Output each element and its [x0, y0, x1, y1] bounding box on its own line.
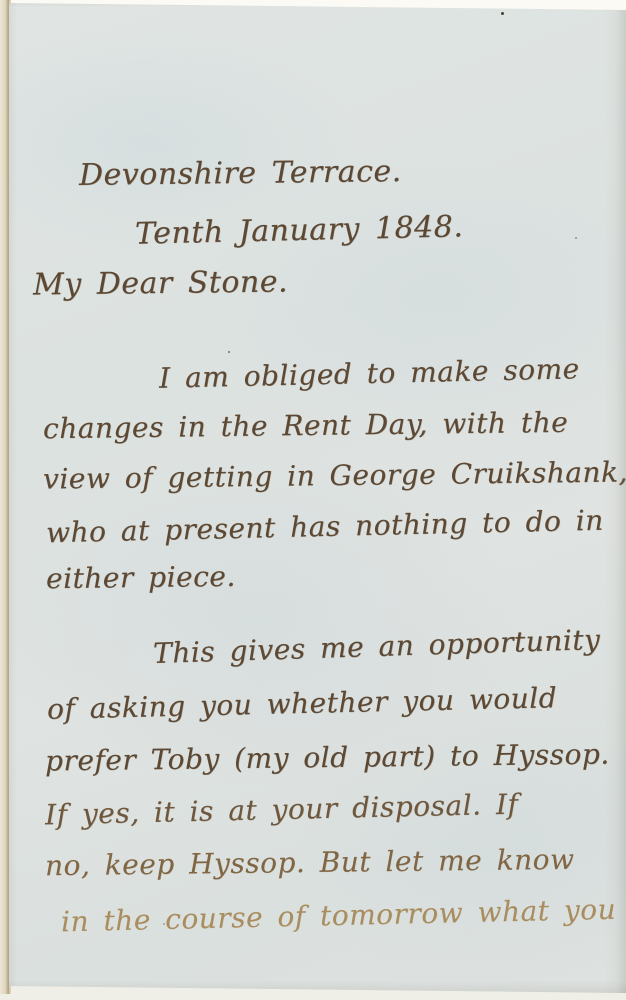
- body-line-5: either piece.: [46, 560, 236, 595]
- letter-date-line: Tenth January 1848.: [135, 209, 464, 251]
- dust-speck: [228, 351, 230, 353]
- body-line-7: of asking you whether you would: [47, 681, 558, 726]
- body-line-4: who at present has nothing to do in: [46, 504, 604, 550]
- dust-speck: [163, 923, 165, 925]
- dust-speck: [501, 12, 504, 15]
- scanned-letter: Devonshire Terrace. Tenth January 1848. …: [0, 0, 626, 1000]
- body-line-3: view of getting in George Cruikshank,: [43, 455, 626, 495]
- body-line-8: prefer Toby (my old part) to Hyssop.: [45, 738, 610, 778]
- body-line-6: This gives me an opportunity: [153, 623, 601, 670]
- body-line-9: If yes, it is at your disposal. If: [45, 788, 519, 832]
- letter-address-line: Devonshire Terrace.: [79, 154, 402, 193]
- letter-page: Devonshire Terrace. Tenth January 1848. …: [9, 0, 626, 1000]
- letter-salutation-line: My Dear Stone.: [33, 264, 288, 302]
- body-line-2: changes in the Rent Day, with the: [43, 406, 569, 445]
- body-line-11: in the course of tomorrow what you: [61, 893, 617, 939]
- body-line-1: I am obliged to make some: [159, 352, 580, 395]
- dust-speck: [575, 237, 577, 239]
- body-line-10: no, keep Hyssop. But let me know: [45, 843, 575, 882]
